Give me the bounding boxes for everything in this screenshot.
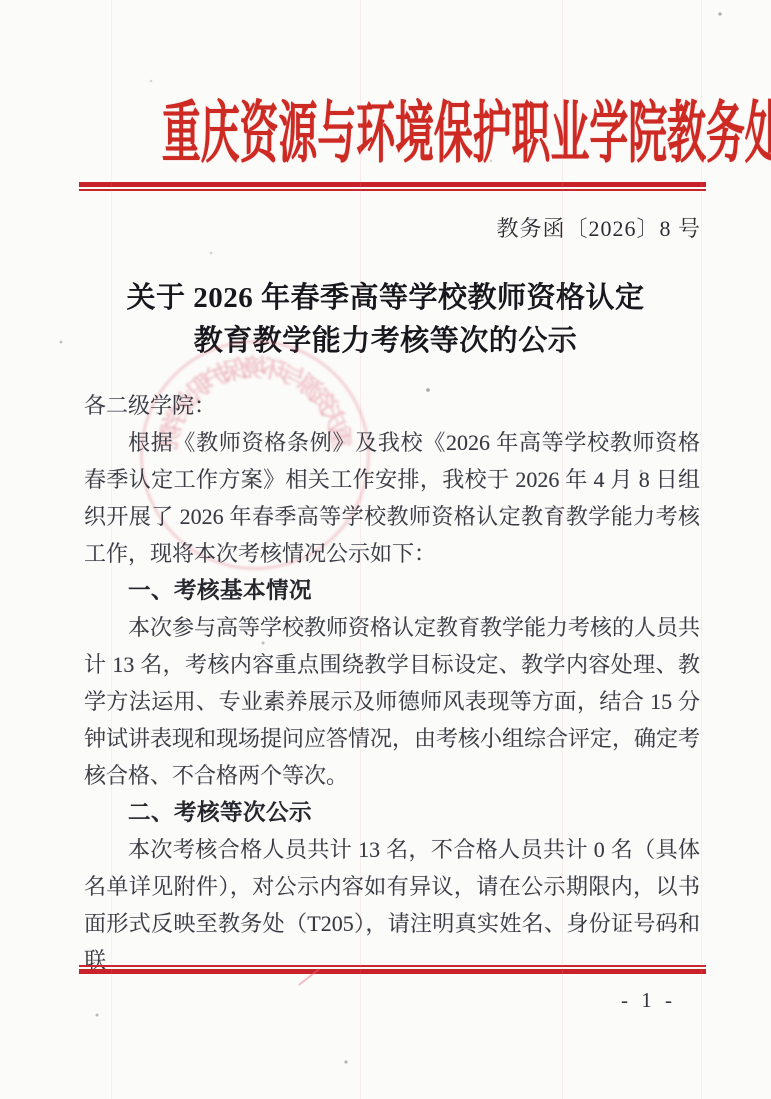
scan-artifact-line: [111, 0, 112, 1099]
scan-artifact-line: [562, 0, 563, 1099]
paragraph-section-2: 本次考核合格人员共计 13 名，不合格人员共计 0 名（具体名单详见附件），对公…: [84, 831, 700, 979]
document-page: 重庆资源与环境保护职业学院教务处 教务函〔2026〕8 号 关于 2026 年春…: [0, 0, 771, 1099]
paragraph-intro: 根据《教师资格条例》及我校《2026 年高等学校教师资格春季认定工作方案》相关工…: [84, 424, 700, 572]
section-heading-1: 一、考核基本情况: [84, 572, 700, 609]
letterhead-title: 重庆资源与环境保护职业学院教务处: [162, 88, 609, 180]
section-heading-2: 二、考核等次公示: [84, 794, 700, 831]
paragraph-section-1: 本次参与高等学校教师资格认定教育教学能力考核的人员共计 13 名，考核内容重点围…: [84, 609, 700, 794]
header-rule: [79, 182, 706, 191]
footer-rule-thin-line: [79, 965, 706, 967]
document-body: 各二级学院： 根据《教师资格条例》及我校《2026 年高等学校教师资格春季认定工…: [84, 387, 700, 979]
salutation: 各二级学院：: [84, 387, 700, 424]
scan-artifact-line: [360, 0, 361, 1099]
document-title-line-1: 关于 2026 年春季高等学校教师资格认定: [0, 277, 771, 320]
scan-artifact-line: [701, 0, 702, 1099]
scan-specks: [0, 0, 2, 2]
footer-rule: [79, 965, 706, 974]
document-title: 关于 2026 年春季高等学校教师资格认定 教育教学能力考核等次的公示: [0, 277, 771, 363]
header-rule-thin-line: [79, 189, 706, 191]
page-number: - 1 -: [621, 988, 676, 1013]
document-title-line-2: 教育教学能力考核等次的公示: [0, 320, 771, 363]
footer-rule-thick-line: [79, 969, 706, 974]
document-number: 教务函〔2026〕8 号: [496, 212, 701, 243]
header-rule-thick-line: [79, 182, 706, 187]
